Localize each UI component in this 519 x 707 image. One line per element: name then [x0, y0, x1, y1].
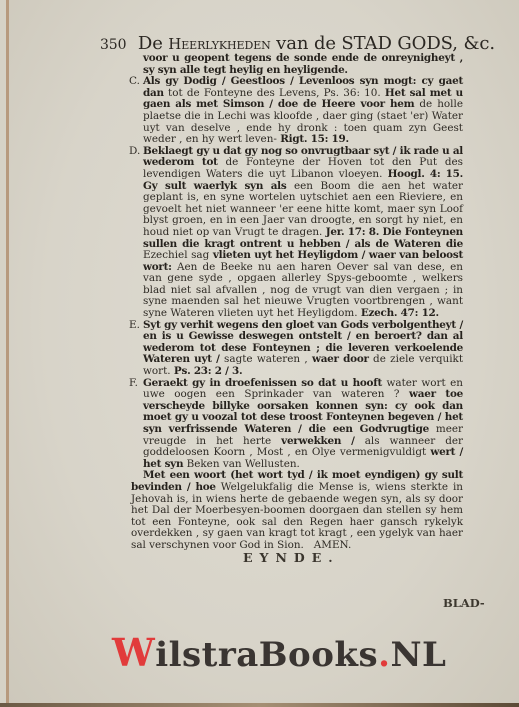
end-marker: EYNDE. — [243, 550, 340, 565]
f-text-8: Beken van Wellusten. — [187, 458, 300, 470]
header-stad-gods: STAD GODS — [341, 33, 452, 54]
logo-dot: . — [378, 635, 390, 675]
d-reference: Ezech. 47: 12. — [361, 307, 439, 319]
intro-text: voor u geopent tegens de sonde ende de o… — [143, 52, 463, 76]
d-text-6: Ezechiel sag — [143, 249, 209, 261]
header-etc: , &c. — [452, 33, 495, 54]
item-label-d: D. — [129, 146, 140, 158]
item-label-f: F. — [129, 378, 138, 390]
paragraph-c: C. Als gy Dodig / Geestloos / Levenloos … — [143, 76, 463, 146]
catchword: BLAD- — [443, 596, 485, 610]
header-heerlykheden: Heerlykheden — [168, 35, 270, 53]
logo-name: ilstraBooks — [155, 635, 378, 675]
paragraph-e: E. Syt gy verhit wegens den gloet van Go… — [143, 320, 463, 378]
header-de: De — [138, 33, 163, 54]
paragraph-f: F. Geraekt gy in droefenissen so dat u h… — [143, 378, 463, 471]
page-body: voor u geopent tegens de sonde ende de o… — [143, 53, 463, 552]
c-reference: Rigt. 15: 19. — [280, 133, 349, 145]
e-text-3: waer door — [312, 353, 369, 365]
item-label-c: C. — [129, 76, 140, 88]
paragraph-closing: Met een woort (het wort tyd / ik moet ey… — [131, 470, 463, 551]
e-text-2: sagte wateren , — [224, 353, 308, 365]
page-number: 350 — [100, 37, 126, 53]
page-bottom-edge — [0, 703, 519, 707]
logo-suffix: NL — [390, 635, 446, 675]
e-reference: Ps. 23: 2 / 3. — [174, 365, 242, 377]
c-text-2: tot de Fonteyne des Levens, Ps. 36: 10. — [168, 87, 381, 99]
logo-initial: W — [112, 630, 155, 675]
paragraph-intro: voor u geopent tegens de sonde ende de o… — [143, 53, 463, 76]
watermark-logo: WilstraBooks.NL — [112, 630, 446, 675]
running-header: 350 De Heerlykheden van de STAD GODS, &c… — [100, 33, 510, 54]
item-label-e: E. — [129, 320, 140, 332]
f-text-5: verwekken / — [281, 435, 355, 447]
f-text-1: Geraekt gy in droefenissen so dat u hoof… — [143, 377, 382, 389]
paragraph-d: D. Beklaegt gy u dat gy nog so onvrugtba… — [143, 146, 463, 320]
header-van-de: van de — [276, 33, 336, 54]
